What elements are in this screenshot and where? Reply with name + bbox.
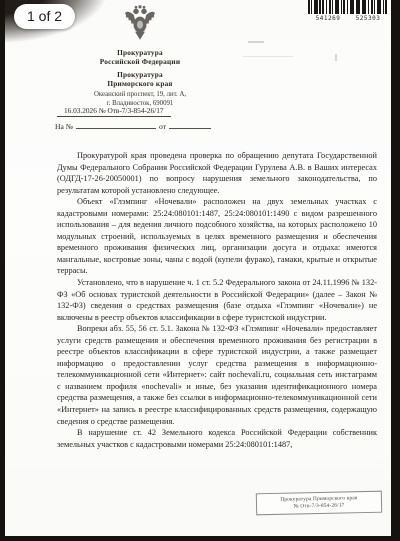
paragraph-glamping-object: Объект «Глэмпинг «Ночевали» расположен н… bbox=[57, 196, 377, 277]
reference-date-blank bbox=[169, 122, 211, 129]
photo-edge-left bbox=[0, 0, 5, 541]
stamp-number-line: № Отв-7/3-854-26/17 bbox=[257, 502, 381, 511]
date-number-value: 16.03.2026 № Отв-7/3-854-26/17 bbox=[57, 106, 171, 117]
barcode-icon bbox=[308, 0, 388, 14]
org-name-federal-line2: Российской Федерации bbox=[50, 57, 230, 66]
faint-addressee-line bbox=[243, 56, 293, 57]
photo-edge-bottom bbox=[0, 536, 400, 541]
address-line1: Океанский проспект, 19, лит. А, bbox=[50, 91, 230, 100]
barcode-number-left: 541269 bbox=[316, 15, 341, 22]
reference-prefix: На № bbox=[55, 122, 73, 131]
faint-addressee-tick bbox=[335, 54, 337, 61]
date-number-row: 16.03.2026 № Отв-7/3-854-26/17 bbox=[57, 106, 257, 115]
letter-body: Прокуратурой края проведена проверка по … bbox=[57, 150, 377, 450]
org-name-federal-line1: Прокуратура bbox=[50, 48, 230, 57]
barcode-number-right: 525303 bbox=[356, 15, 381, 22]
faint-addressee-mark bbox=[248, 41, 264, 43]
page-indicator: 1 of 2 bbox=[14, 4, 75, 29]
reference-row: На №от bbox=[55, 122, 285, 131]
org-name-regional-line2: Приморского края bbox=[50, 79, 230, 88]
paragraph-inspection-intro: Прокуратурой края проведена проверка по … bbox=[57, 150, 377, 196]
org-name-regional-line1: Прокуратура bbox=[50, 70, 230, 79]
document-page: 541269 525303 Прокуратура Российской Фед… bbox=[5, 0, 391, 536]
registration-stamp: Прокуратура Приморского края № Отв-7/3-8… bbox=[256, 491, 382, 516]
photo-viewer: { "viewer": { "page_indicator": "1 of 2"… bbox=[0, 0, 400, 541]
photo-edge-right bbox=[391, 0, 400, 541]
paragraph-services-without-registration: Вопреки абз. 55, 56 ст. 5.1. Закона № 13… bbox=[57, 323, 377, 427]
coat-of-arms-icon bbox=[124, 2, 156, 42]
paragraph-land-code-violation: В нарушение ст. 42 Земельного кодекса Ро… bbox=[57, 427, 377, 450]
paragraph-law-132-violation: Установлено, что в нарушение ч. 1 ст. 5.… bbox=[57, 277, 377, 323]
letterhead: Прокуратура Российской Федерации Прокура… bbox=[50, 2, 230, 108]
barcode-numbers: 541269 525303 bbox=[308, 15, 388, 22]
reference-number-blank bbox=[76, 122, 156, 129]
reference-from-label: от bbox=[159, 122, 166, 131]
barcode: 541269 525303 bbox=[308, 0, 388, 24]
